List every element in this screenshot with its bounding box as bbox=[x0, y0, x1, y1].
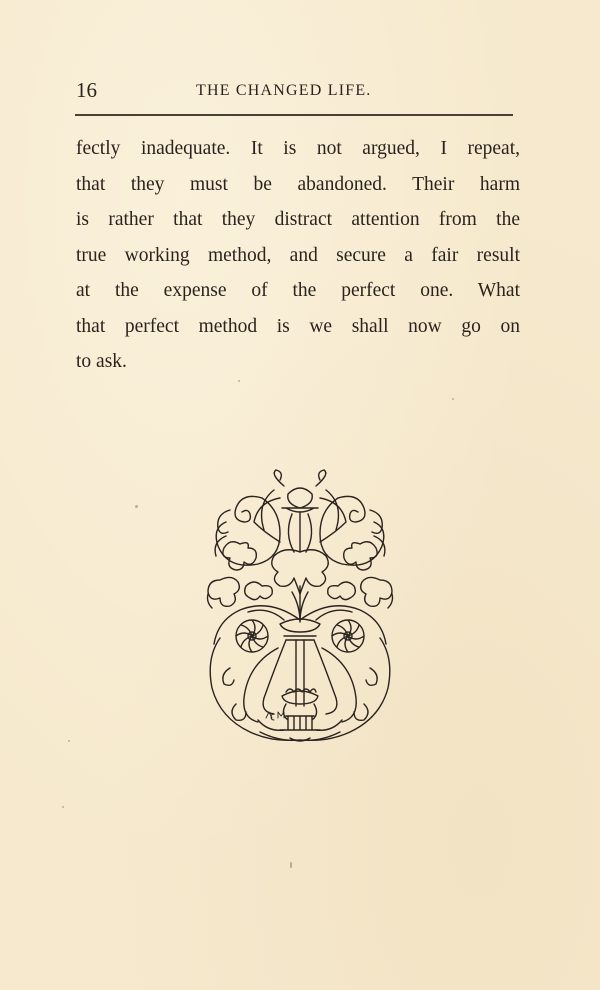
paper-speck bbox=[452, 398, 454, 400]
book-page: 16 THE CHANGED LIFE. fectly inadequate. … bbox=[0, 0, 600, 990]
running-head: 16 THE CHANGED LIFE. bbox=[76, 78, 516, 102]
paper-speck bbox=[68, 740, 70, 742]
page-number: 16 bbox=[76, 78, 97, 102]
text-line: to ask. bbox=[76, 344, 520, 380]
running-title: THE CHANGED LIFE. bbox=[196, 80, 372, 102]
text-line: that perfect method is we shall now go o… bbox=[76, 309, 520, 345]
body-text: fectly inadequate. It is not argued, I r… bbox=[76, 131, 520, 380]
text-line: at the expense of the perfect one. What bbox=[76, 273, 520, 309]
floral-ornament-icon bbox=[200, 468, 400, 746]
text-line: that they must be abandoned. Their harm bbox=[76, 167, 520, 203]
paper-speck bbox=[135, 505, 138, 508]
header-rule bbox=[75, 114, 513, 116]
paper-speck bbox=[62, 806, 64, 808]
paper-speck bbox=[238, 380, 240, 382]
text-line: true working method, and secure a fair r… bbox=[76, 238, 520, 274]
text-line: fectly inadequate. It is not argued, I r… bbox=[76, 131, 520, 167]
paper-speck bbox=[290, 862, 292, 868]
text-line: is rather that they distract attention f… bbox=[76, 202, 520, 238]
